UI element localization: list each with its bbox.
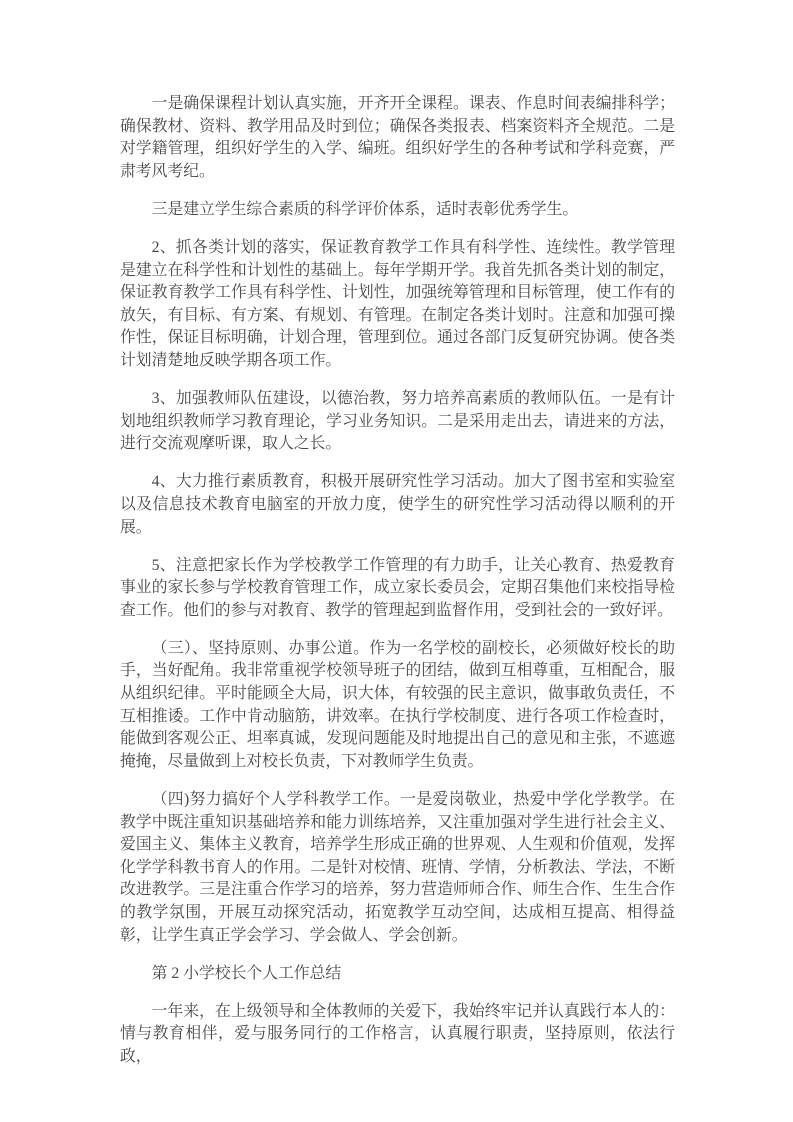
paragraph-course-plan: 一是确保课程计划认真实施，开齐开全课程。课表、作息时间表编排科学；确保教材、资料… (120, 93, 675, 183)
paragraph-year-review: 一年来，在上级领导和全体教师的关爱下，我始终牢记并认真践行本人的：情与教育相伴，… (120, 1001, 675, 1069)
paragraph-subject-teaching: （四)努力搞好个人学科教学工作。一是爱岗敬业，热爱中学化学教学。在教学中既注重知… (120, 789, 675, 947)
paragraph-principles: （三）、坚持原则、办事公道。作为一名学校的副校长，必须做好校长的助手，当好配角。… (120, 638, 675, 774)
document-page: 一是确保课程计划认真实施，开齐开全课程。课表、作息时间表编排科学；确保教材、资料… (0, 0, 793, 1122)
paragraph-quality-education: 4、大力推行素质教育，积极开展研究性学习活动。加大了图书室和实验室以及信息技术教… (120, 471, 675, 539)
paragraph-parent-committee: 5、注意把家长作为学校教学工作管理的有力助手，让关心教育、热爱教育事业的家长参与… (120, 555, 675, 623)
paragraph-plan-implementation: 2、抓各类计划的落实，保证教育教学工作具有科学性、连续性。教学管理是建立在科学性… (120, 237, 675, 373)
document-body: 一是确保课程计划认真实施，开齐开全课程。课表、作息时间表编排科学；确保教材、资料… (120, 93, 675, 1084)
paragraph-evaluation-system: 三是建立学生综合素质的科学评价体系，适时表彰优秀学生。 (120, 199, 675, 222)
section-title-summary-2: 第 2 小学校长个人工作总结 (120, 963, 675, 986)
paragraph-teacher-team: 3、加强教师队伍建设，以德治教，努力培养高素质的教师队伍。一是有计划地组织教师学… (120, 388, 675, 456)
